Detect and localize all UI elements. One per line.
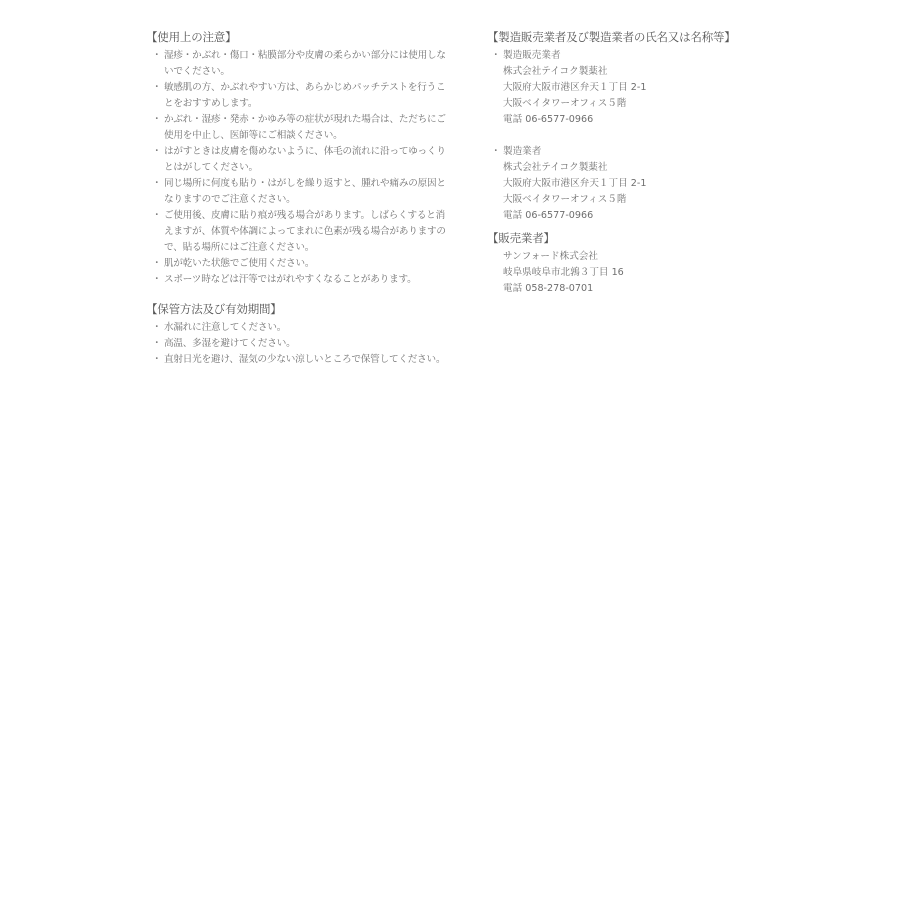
mah-address1: 大阪府大阪市港区弁天１丁目 2-1 (493, 80, 747, 96)
distributor-phone: 電話 058-278-0701 (503, 281, 747, 297)
distributor-address: 岐阜県岐阜市北鶉３丁目 16 (503, 265, 747, 281)
left-column: 【使用上の注意】 湿疹・かぶれ・傷口・粘膜部分や皮膚の柔らかい部分には使用しない… (146, 29, 446, 368)
right-column: 【製造販売業者及び製造業者の氏名又は名称等】 製造販売業者 株式会社テイコク製薬… (487, 29, 747, 297)
mah-company: 株式会社テイコク製薬社 (493, 64, 747, 80)
list-item: 高温、多湿を避けてください。 (154, 336, 446, 352)
list-item: かぶれ・湿疹・発赤・かゆみ等の症状が現れた場合は、ただちにご使用を中止し、医師等… (154, 112, 446, 144)
usage-precautions-list: 湿疹・かぶれ・傷口・粘膜部分や皮膚の柔らかい部分には使用しないでください。 敏感… (146, 48, 446, 288)
mah-address2: 大阪ベイタワーオフィス５階 (493, 96, 747, 112)
manufacturer-address1: 大阪府大阪市港区弁天１丁目 2-1 (493, 176, 747, 192)
list-item: ご使用後、皮膚に貼り痕が残る場合があります。しばらくすると消えますが、体質や体調… (154, 208, 446, 256)
distributor-company: サンフォード株式会社 (503, 249, 747, 265)
list-item: 肌が乾いた状態でご使用ください。 (154, 256, 446, 272)
spacer (146, 288, 446, 301)
list-item: 同じ場所に何度も貼り・はがしを繰り返すと、腫れや痛みの原因となりますのでご注意く… (154, 176, 446, 208)
manufacturer-label: 製造業者 (493, 144, 747, 160)
manufacturer-phone: 電話 06-6577-0966 (493, 208, 747, 224)
spacer (487, 128, 747, 144)
list-item: 敏感肌の方、かぶれやすい方は、あらかじめパッチテストを行うことをおすすめします。 (154, 80, 446, 112)
list-item: 直射日光を避け、湿気の少ない涼しいところで保管してください。 (154, 352, 446, 368)
list-item: はがすときは皮膚を傷めないように、体毛の流れに沿ってゆっくりとはがしてください。 (154, 144, 446, 176)
mah-label: 製造販売業者 (493, 48, 747, 64)
manufacturer-address2: 大阪ベイタワーオフィス５階 (493, 192, 747, 208)
marketing-authorization-holder-block: 製造販売業者 株式会社テイコク製薬社 大阪府大阪市港区弁天１丁目 2-1 大阪ベ… (487, 48, 747, 128)
storage-list: 水漏れに注意してください。 高温、多湿を避けてください。 直射日光を避け、湿気の… (146, 320, 446, 368)
manufacturer-info-heading: 【製造販売業者及び製造業者の氏名又は名称等】 (487, 29, 747, 45)
mah-phone: 電話 06-6577-0966 (493, 112, 747, 128)
manufacturer-company: 株式会社テイコク製薬社 (493, 160, 747, 176)
storage-heading: 【保管方法及び有効期間】 (146, 301, 446, 317)
list-item: 湿疹・かぶれ・傷口・粘膜部分や皮膚の柔らかい部分には使用しないでください。 (154, 48, 446, 80)
usage-precautions-heading: 【使用上の注意】 (146, 29, 446, 45)
distributor-block: サンフォード株式会社 岐阜県岐阜市北鶉３丁目 16 電話 058-278-070… (487, 249, 747, 297)
distributor-heading: 【販売業者】 (487, 230, 747, 246)
manufacturer-block: 製造業者 株式会社テイコク製薬社 大阪府大阪市港区弁天１丁目 2-1 大阪ベイタ… (487, 144, 747, 224)
list-item: 水漏れに注意してください。 (154, 320, 446, 336)
list-item: スポーツ時などは汗等ではがれやすくなることがあります。 (154, 272, 446, 288)
